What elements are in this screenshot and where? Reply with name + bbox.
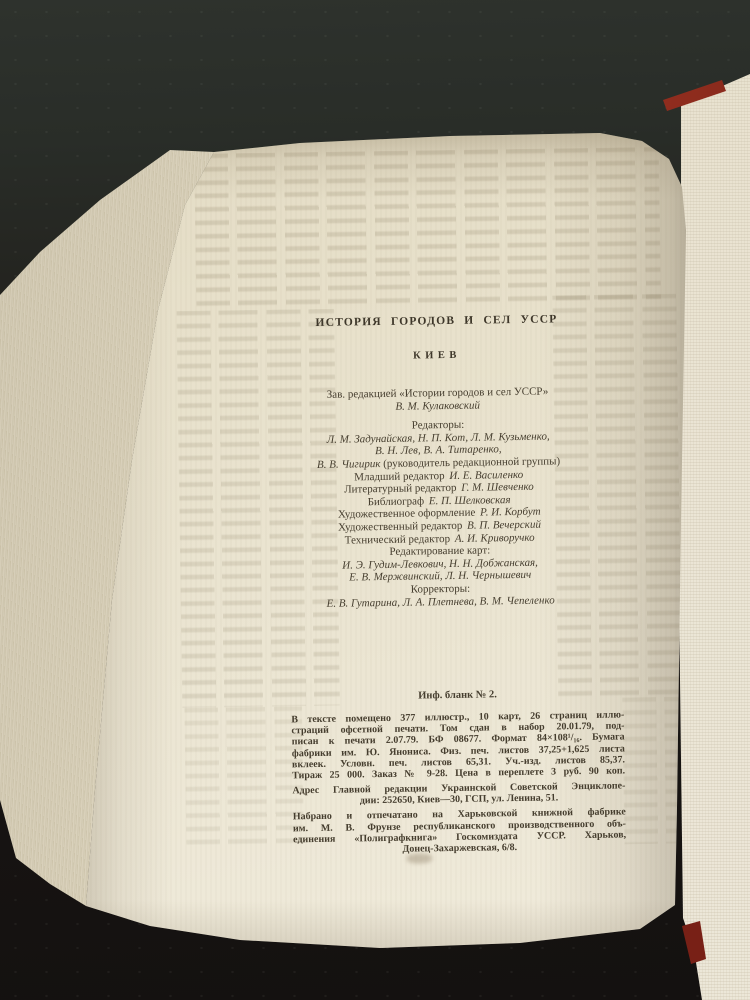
- staff-name: В. П. Вечерский: [467, 519, 541, 532]
- printer-paragraph: Набрано и отпечатано на Харьковской книж…: [293, 807, 627, 857]
- editors-list: Редакторы: Л. М. Задунайская, Н. П. Кот,…: [238, 416, 641, 611]
- staff-role: Технический редактор: [345, 533, 450, 547]
- staff-role: Художественный редактор: [338, 520, 462, 534]
- print-data-paragraph: В тексте помещено 377 иллюстр., 10 карт,…: [291, 710, 625, 782]
- editors-leader-name: В. В. Чигирик: [317, 458, 381, 471]
- staff-role: Младший редактор: [354, 470, 444, 483]
- staff-name: Р. И. Корбут: [480, 506, 541, 519]
- bleed-through-text: [184, 706, 304, 848]
- staff-name: Г. М. Шевченко: [461, 481, 534, 494]
- editorial-block: ИСТОРИЯ ГОРОДОВ И СЕЛ УССР КИЕВ Зав. ред…: [236, 312, 640, 611]
- staff-role: Литературный редактор: [344, 482, 456, 496]
- staff-name: Е. П. Шелковская: [429, 494, 511, 507]
- city-label: КИЕВ: [237, 347, 637, 365]
- staff-name: А. И. Криворучко: [455, 531, 535, 544]
- staff-name: И. Е. Василенко: [449, 468, 523, 481]
- imprint-block: Инф. бланк № 2. В тексте помещено 377 ил…: [291, 687, 626, 856]
- editors-leader-note: (руководитель редакционной группы): [383, 455, 560, 470]
- info-blank-line: Инф. бланк № 2.: [291, 687, 624, 703]
- bleed-through-text: [194, 147, 661, 311]
- staff-role: Библиограф: [368, 495, 425, 508]
- photo-of-open-book: ИСТОРИЯ ГОРОДОВ И СЕЛ УССР КИЕВ Зав. ред…: [0, 0, 750, 1000]
- page-number-bleed: [406, 853, 432, 863]
- address-paragraph: Адрес Главной редакции Украинской Советс…: [292, 781, 625, 808]
